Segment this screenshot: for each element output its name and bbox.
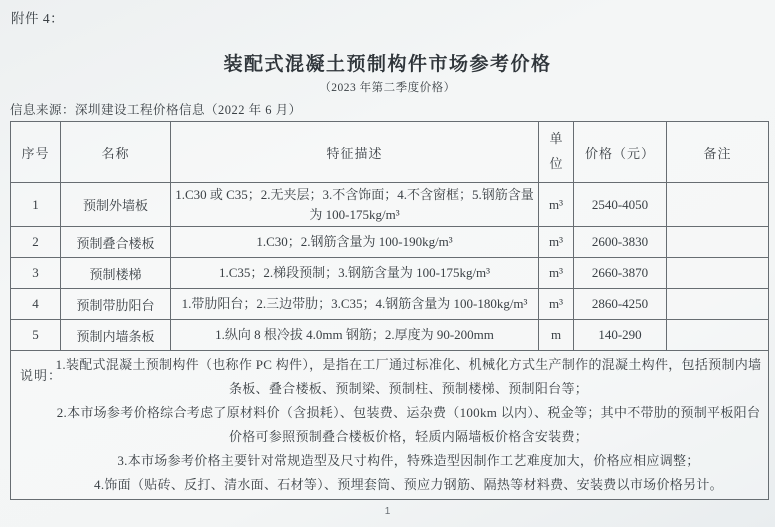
price-table: 序号 名称 特征描述 单位 价格（元） 备注 1 预制外墙板 1.C30 或 C… [10, 121, 769, 500]
cell-price: 140-290 [574, 320, 667, 351]
source-line: 信息来源：深圳建设工程价格信息（2022 年 6 月） [10, 100, 302, 118]
table-row: 3 预制楼梯 1.C35；2.梯段预制；3.钢筋含量为 100-175kg/m³… [11, 258, 769, 289]
header-unit: 单位 [539, 122, 574, 183]
cell-desc: 1.C35；2.梯段预制；3.钢筋含量为 100-175kg/m³ [171, 258, 539, 289]
notes-row: 说明： 1.装配式混凝土预制构件（也称作 PC 构件），是指在工厂通过标准化、机… [11, 351, 769, 500]
note-item: 3.本市场参考价格主要针对常规造型及尺寸构件，特殊造型因制作工艺难度加大，价格应… [53, 449, 764, 473]
notes-cell: 说明： 1.装配式混凝土预制构件（也称作 PC 构件），是指在工厂通过标准化、机… [11, 351, 769, 500]
note-item: 2.本市场参考价格综合考虑了原材料价（含损耗）、包装费、运杂费（100km 以内… [53, 401, 764, 449]
cell-seq: 4 [11, 289, 61, 320]
cell-price: 2860-4250 [574, 289, 667, 320]
attachment-label: 附件 4： [11, 7, 64, 27]
page-title: 装配式混凝土预制构件市场参考价格 [0, 49, 775, 76]
cell-price: 2600-3830 [574, 227, 667, 258]
cell-seq: 3 [11, 258, 61, 289]
cell-name: 预制外墙板 [61, 183, 171, 227]
cell-unit: m³ [539, 183, 574, 227]
table-row: 1 预制外墙板 1.C30 或 C35；2.无夹层；3.不含饰面；4.不含窗框；… [11, 183, 769, 227]
table-row: 2 预制叠合楼板 1.C30；2.钢筋含量为 100-190kg/m³ m³ 2… [11, 227, 769, 258]
notes-body: 1.装配式混凝土预制构件（也称作 PC 构件），是指在工厂通过标准化、机械化方式… [53, 353, 764, 497]
cell-seq: 5 [11, 320, 61, 351]
cell-unit: m³ [539, 289, 574, 320]
header-remark: 备注 [667, 122, 769, 183]
cell-unit: m³ [539, 258, 574, 289]
cell-desc: 1.C30 或 C35；2.无夹层；3.不含饰面；4.不含窗框；5.钢筋含量为 … [171, 183, 539, 227]
cell-seq: 2 [11, 227, 61, 258]
cell-remark [667, 289, 769, 320]
cell-name: 预制叠合楼板 [61, 227, 171, 258]
notes-label: 说明： [20, 365, 62, 384]
cell-seq: 1 [11, 183, 61, 227]
cell-desc: 1.纵向 8 根冷拔 4.0mm 钢筋；2.厚度为 90-200mm [171, 320, 539, 351]
cell-unit: m [539, 320, 574, 351]
cell-price: 2540-4050 [574, 183, 667, 227]
header-unit-text: 单位 [550, 127, 563, 176]
header-name: 名称 [61, 122, 171, 183]
page-number: 1 [0, 506, 775, 517]
cell-remark [667, 183, 769, 227]
page-subtitle: （2023 年第二季度价格） [0, 79, 775, 95]
header-desc: 特征描述 [171, 122, 539, 183]
cell-remark [667, 258, 769, 289]
cell-remark [667, 227, 769, 258]
cell-name: 预制内墙条板 [61, 320, 171, 351]
note-item: 1.装配式混凝土预制构件（也称作 PC 构件），是指在工厂通过标准化、机械化方式… [53, 353, 764, 401]
cell-unit: m³ [539, 227, 574, 258]
cell-price: 2660-3870 [574, 258, 667, 289]
cell-desc: 1.C30；2.钢筋含量为 100-190kg/m³ [171, 227, 539, 258]
table-row: 4 预制带肋阳台 1.带肋阳台；2.三边带肋；3.C35；4.钢筋含量为 100… [11, 289, 769, 320]
note-item: 4.饰面（贴砖、反打、清水面、石材等）、预埋套筒、预应力钢筋、隔热等材料费、安装… [53, 473, 764, 497]
cell-remark [667, 320, 769, 351]
cell-name: 预制带肋阳台 [61, 289, 171, 320]
cell-desc: 1.带肋阳台；2.三边带肋；3.C35；4.钢筋含量为 100-180kg/m³ [171, 289, 539, 320]
cell-name: 预制楼梯 [61, 258, 171, 289]
header-seq: 序号 [11, 122, 61, 183]
table-row: 5 预制内墙条板 1.纵向 8 根冷拔 4.0mm 钢筋；2.厚度为 90-20… [11, 320, 769, 351]
table-header-row: 序号 名称 特征描述 单位 价格（元） 备注 [11, 122, 769, 183]
header-price: 价格（元） [574, 122, 667, 183]
